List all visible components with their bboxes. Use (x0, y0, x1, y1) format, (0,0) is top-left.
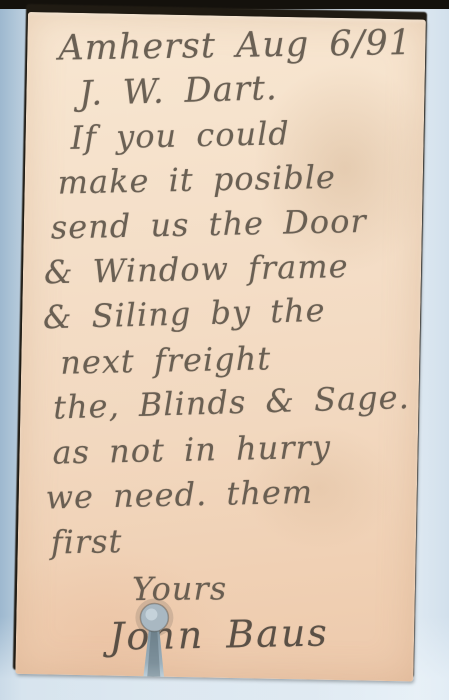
handwritten-line: we need. them (45, 471, 410, 524)
handwritten-line: first (50, 516, 409, 568)
handwritten-message: Amherst Aug 6/91 J. W. Dart. If you coul… (36, 28, 420, 665)
handwritten-line: make it posible (57, 156, 416, 208)
handwritten-line: send us the Door (50, 201, 415, 254)
handwritten-line: & Siling by the (42, 289, 413, 344)
photo-backdrop: Amherst Aug 6/91 J. W. Dart. If you coul… (0, 0, 449, 700)
handwritten-line: the, Blinds & Sage. (53, 378, 412, 434)
recipient-line: J. W. Dart. (79, 64, 418, 119)
handwritten-line: If you could (70, 112, 417, 164)
postcard: Amherst Aug 6/91 J. W. Dart. If you coul… (15, 12, 426, 682)
punch-hole (119, 588, 191, 679)
handwritten-line: as not in hurry (52, 426, 411, 478)
